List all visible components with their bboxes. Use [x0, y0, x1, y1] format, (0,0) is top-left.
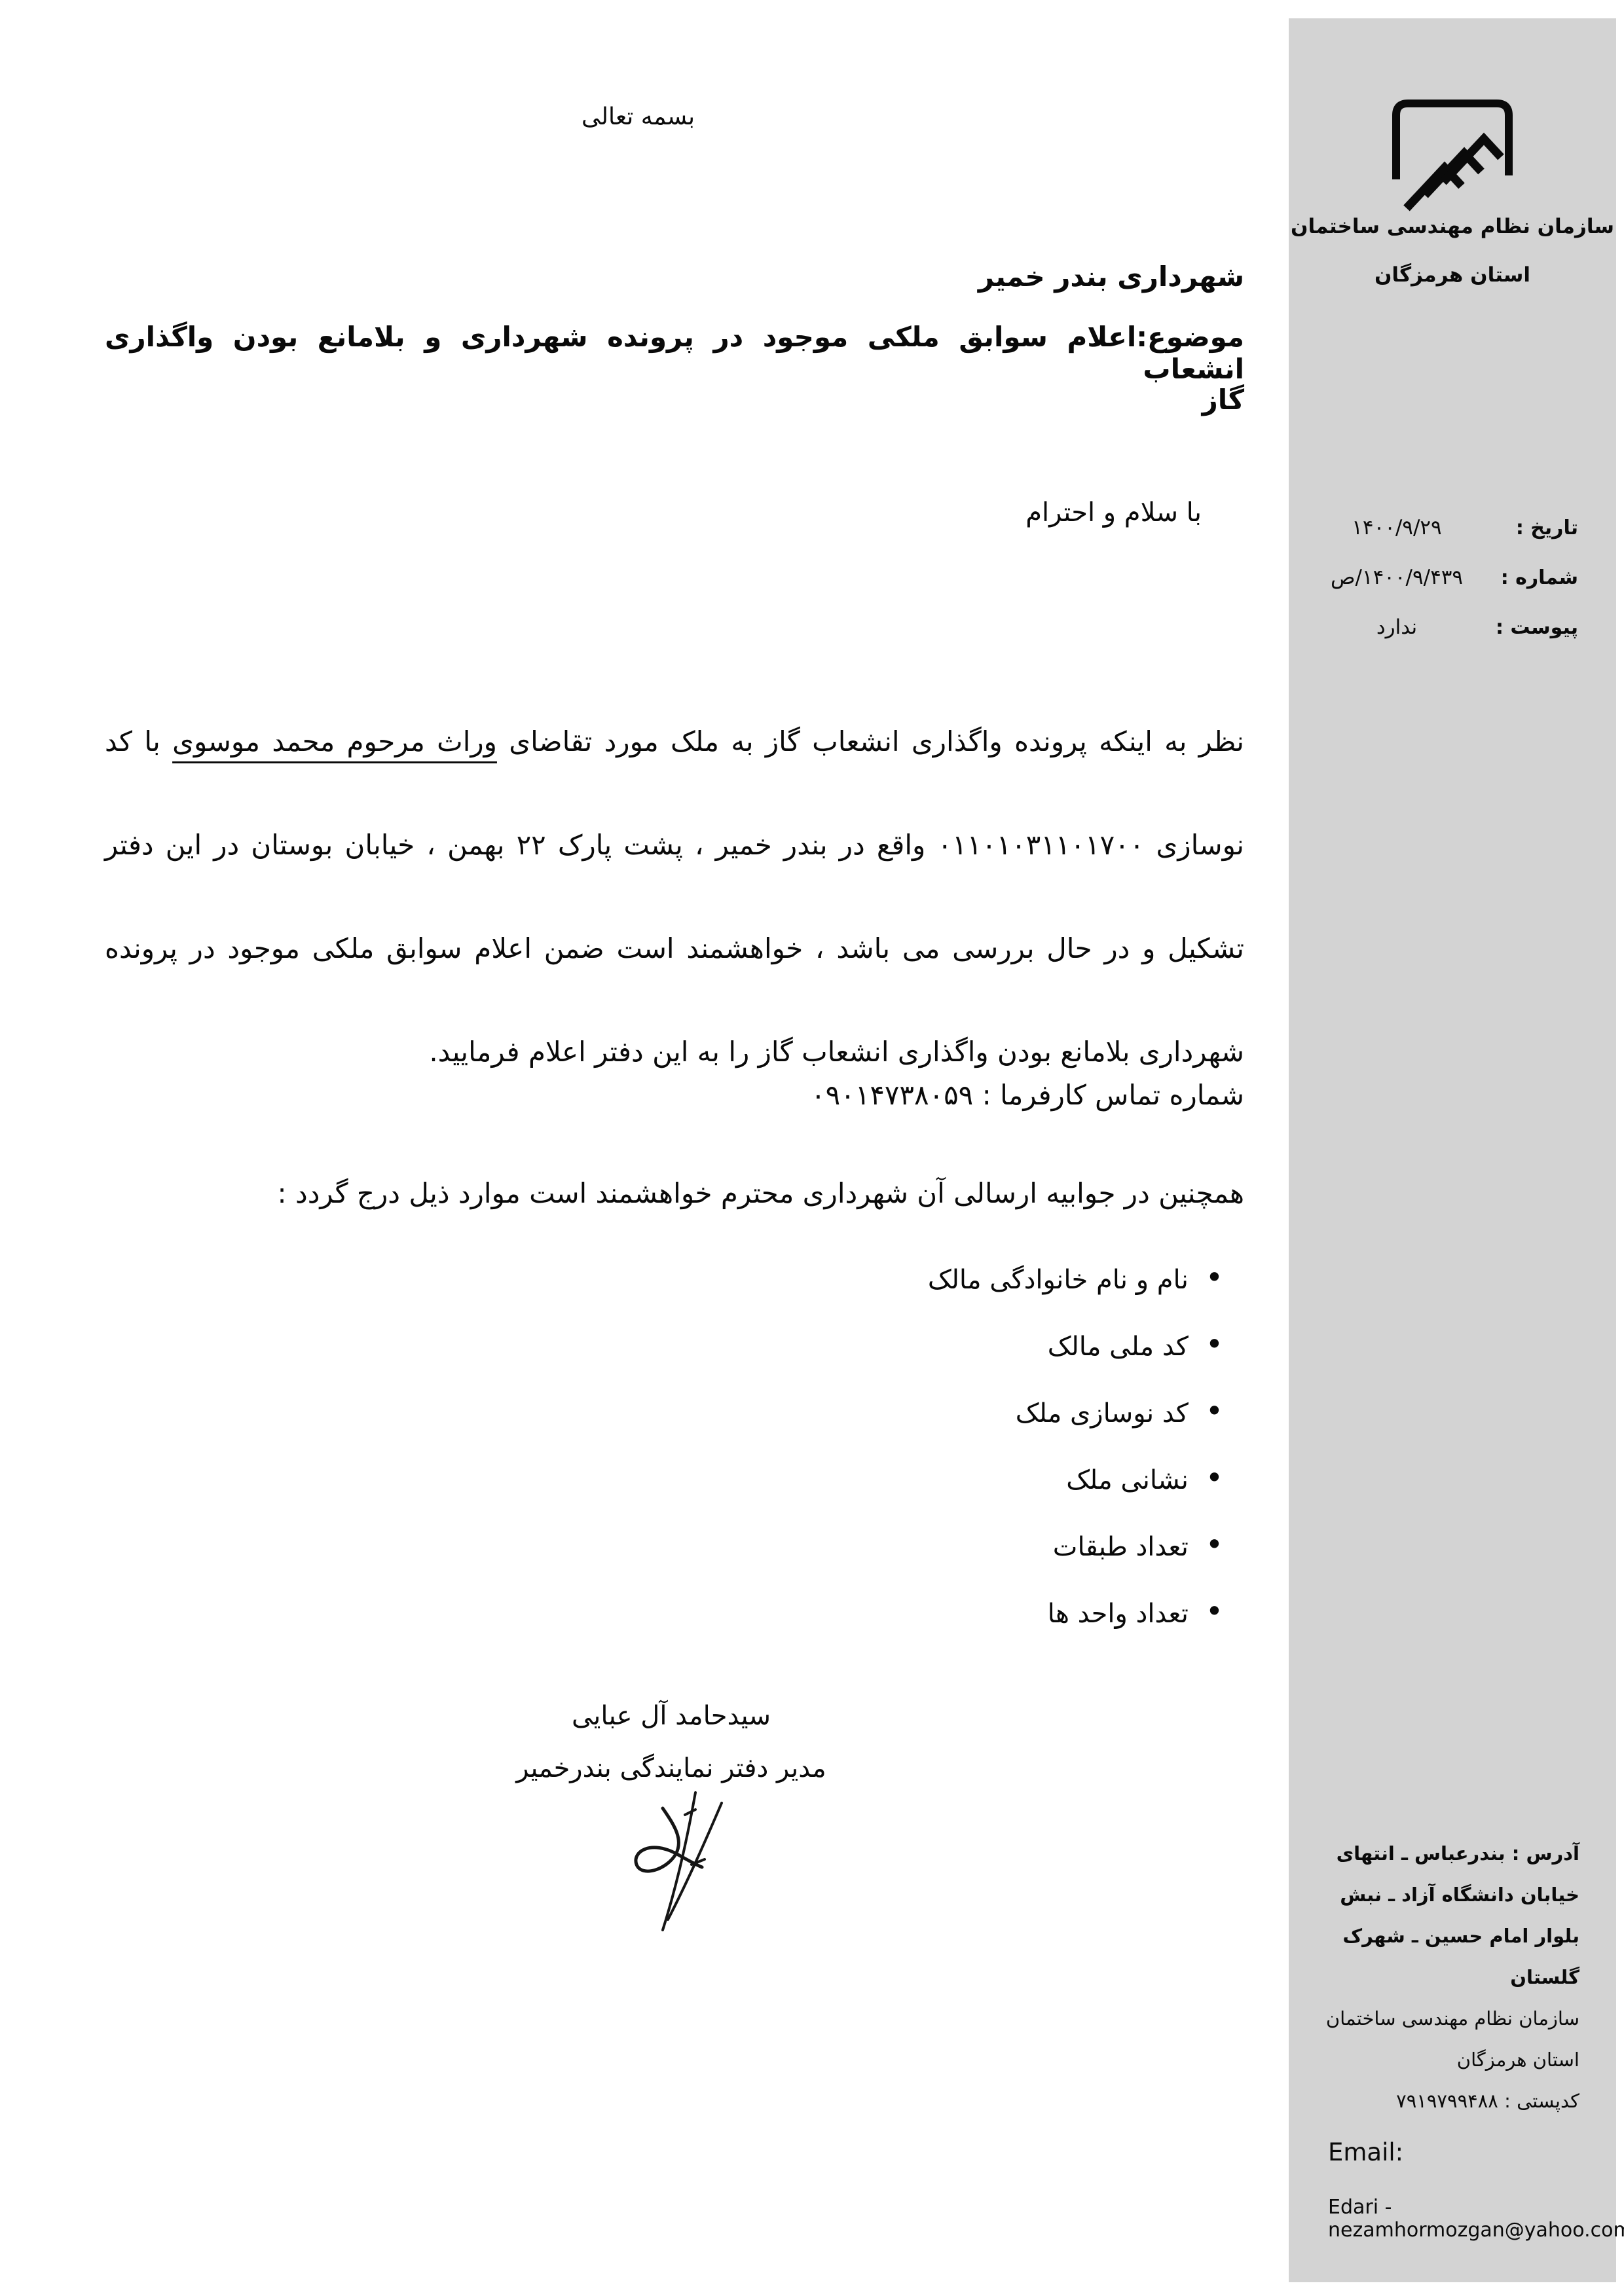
email-label: Email: [1328, 2138, 1403, 2166]
number-value: ۱۴۰۰/۹/۴۳۹/ص [1308, 566, 1485, 589]
engineering-organization-logo-icon [1387, 96, 1518, 216]
recipient-line: شهرداری بندر خمیر [978, 261, 1244, 293]
number-field: شماره : ۱۴۰۰/۹/۴۳۹/ص [1289, 566, 1616, 589]
number-label: شماره : [1501, 566, 1578, 589]
postal-code-line: کدپستی : ۷۹۱۹۷۹۹۴۸۸ [1307, 2081, 1579, 2122]
attachment-value: ندارد [1308, 615, 1485, 639]
body-text-after: با کد نوسازی ۰۱۱۰۱۰۳۱۱۰۱۷۰۰ واقع در بندر… [105, 725, 1244, 1068]
list-item: کد ملی مالک [928, 1312, 1223, 1379]
employer-phone-line: شماره تماس کارفرما : ۰۹۰۱۴۷۳۸۰۵۹ [811, 1079, 1244, 1111]
salutation-line: با سلام و احترام [1025, 498, 1202, 528]
letter-page: سازمان نظام مهندسی ساختمان استان هرمزگان… [0, 0, 1624, 2296]
list-item: کد نوسازی ملک [928, 1379, 1223, 1446]
list-item: نام و نام خانوادگی مالک [928, 1245, 1223, 1312]
date-field: تاریخ : ۱۴۰۰/۹/۲۹ [1289, 516, 1616, 539]
required-items-list: نام و نام خانوادگی مالک کد ملی مالک کد ن… [928, 1245, 1223, 1646]
attachment-field: پیوست : ندارد [1289, 615, 1616, 639]
letter-meta-fields: تاریخ : ۱۴۰۰/۹/۲۹ شماره : ۱۴۰۰/۹/۴۳۹/ص پ… [1289, 516, 1616, 665]
email-address: Edari - nezamhormozgan@yahoo.com [1328, 2196, 1624, 2242]
subject-line-1: موضوع:اعلام سوابق ملکی موجود در پرونده ش… [105, 321, 1244, 385]
date-value: ۱۴۰۰/۹/۲۹ [1308, 516, 1485, 539]
address-line: بلوار امام حسین ـ شهرک [1307, 1916, 1579, 1957]
handwritten-signature [622, 1791, 733, 1951]
body-paragraph: نظر به اینکه پرونده واگذاری انشعاب گاز ب… [105, 690, 1244, 1104]
org-province: استان هرمزگان [1289, 263, 1616, 287]
body-text-before: نظر به اینکه پرونده واگذاری انشعاب گاز ب… [497, 725, 1244, 757]
list-item: تعداد طبقات [928, 1512, 1223, 1579]
underlined-heirs-phrase: وراث مرحوم محمد موسوی [172, 725, 497, 757]
letterhead-sidebar: سازمان نظام مهندسی ساختمان استان هرمزگان… [1289, 18, 1616, 2282]
list-item: تعداد واحد ها [928, 1579, 1223, 1646]
subject-line-2: گاز [1202, 384, 1244, 416]
attachment-label: پیوست : [1496, 616, 1578, 639]
reply-request-line: همچنین در جوابیه ارسالی آن شهرداری محترم… [277, 1177, 1244, 1209]
list-item: نشانی ملک [928, 1446, 1223, 1512]
signer-title: مدیر دفتر نمایندگی بندرخمیر [458, 1753, 884, 1783]
date-label: تاریخ : [1516, 517, 1578, 539]
org-address-block: آدرس : بندرعباس ـ انتهای خیابان دانشگاه … [1289, 1833, 1616, 2122]
address-line: گلستان [1307, 1957, 1579, 1998]
address-line: خیابان دانشگاه آزاد ـ نبش [1307, 1874, 1579, 1916]
address-line: سازمان نظام مهندسی ساختمان [1307, 1998, 1579, 2039]
signer-name: سیدحامد آل عبایی [458, 1701, 884, 1731]
address-line: آدرس : بندرعباس ـ انتهای [1307, 1833, 1579, 1874]
address-line: استان هرمزگان [1307, 2039, 1579, 2081]
org-name: سازمان نظام مهندسی ساختمان [1289, 215, 1616, 238]
signature-block: سیدحامد آل عبایی مدیر دفتر نمایندگی بندر… [458, 1701, 884, 1783]
besmele-heading: بسمه تعالی [581, 103, 695, 130]
